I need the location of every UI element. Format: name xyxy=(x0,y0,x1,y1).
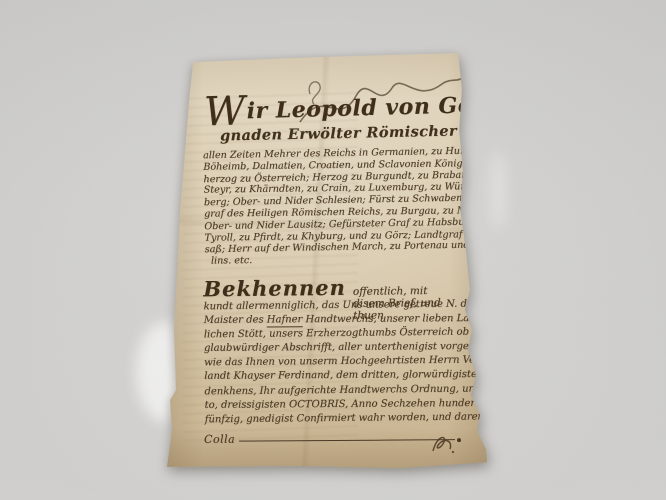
manuscript-sheet: Wir Leopold von Gottes. gnaden Erwölter … xyxy=(160,48,495,475)
collation-word: Colla xyxy=(204,432,235,445)
collation-line: Colla xyxy=(204,431,461,446)
titles-line: lins. etc. xyxy=(205,252,462,267)
paragraph-lead-word: Bekhennen xyxy=(203,275,346,301)
heading-line1-text: ir Leopold von Gottes. xyxy=(246,91,530,124)
body-line: to, dreissigisten OCTOBRIS, Anno Sechzeh… xyxy=(205,397,462,413)
collation-rule xyxy=(239,439,455,442)
body-line: glaubwürdiger Abschrifft, aller unterthe… xyxy=(204,340,461,356)
imperial-titles-paragraph: allen Zeiten Mehrer des Reichs in German… xyxy=(203,146,462,268)
body-line-segment: Maister des xyxy=(204,315,267,326)
photograph-of-manuscript: Wir Leopold von Gottes. gnaden Erwölter … xyxy=(0,0,666,500)
confirmation-paragraph: Bekhennen offentlich, mit disem Brief, u… xyxy=(203,274,462,428)
underlined-word: Hafner xyxy=(267,314,303,327)
collation-rule-end-dot xyxy=(457,437,461,441)
body-line-with-underline: Maister des Hafner Handtwerchs, unserer … xyxy=(204,312,461,328)
body-line: landt Khayser Ferdinand, dem dritten, gl… xyxy=(204,369,461,385)
notary-paraph-icon xyxy=(429,433,455,455)
body-line-segment: Handtwerchs, unserer lieben Landtsfürst- xyxy=(302,313,518,326)
body-lead-line: Bekhennen offentlich, mit disem Brief, u… xyxy=(203,274,460,301)
body-line: fünfzig, gnedigist Confirmiert wahr word… xyxy=(205,410,462,427)
manuscript-text-block: Wir Leopold von Gottes. gnaden Erwölter … xyxy=(204,84,461,461)
aged-paper: Wir Leopold von Gottes. gnaden Erwölter … xyxy=(160,48,495,475)
charter-heading-line2: gnaden Erwölter Römischer Kheyser zü xyxy=(220,122,461,144)
